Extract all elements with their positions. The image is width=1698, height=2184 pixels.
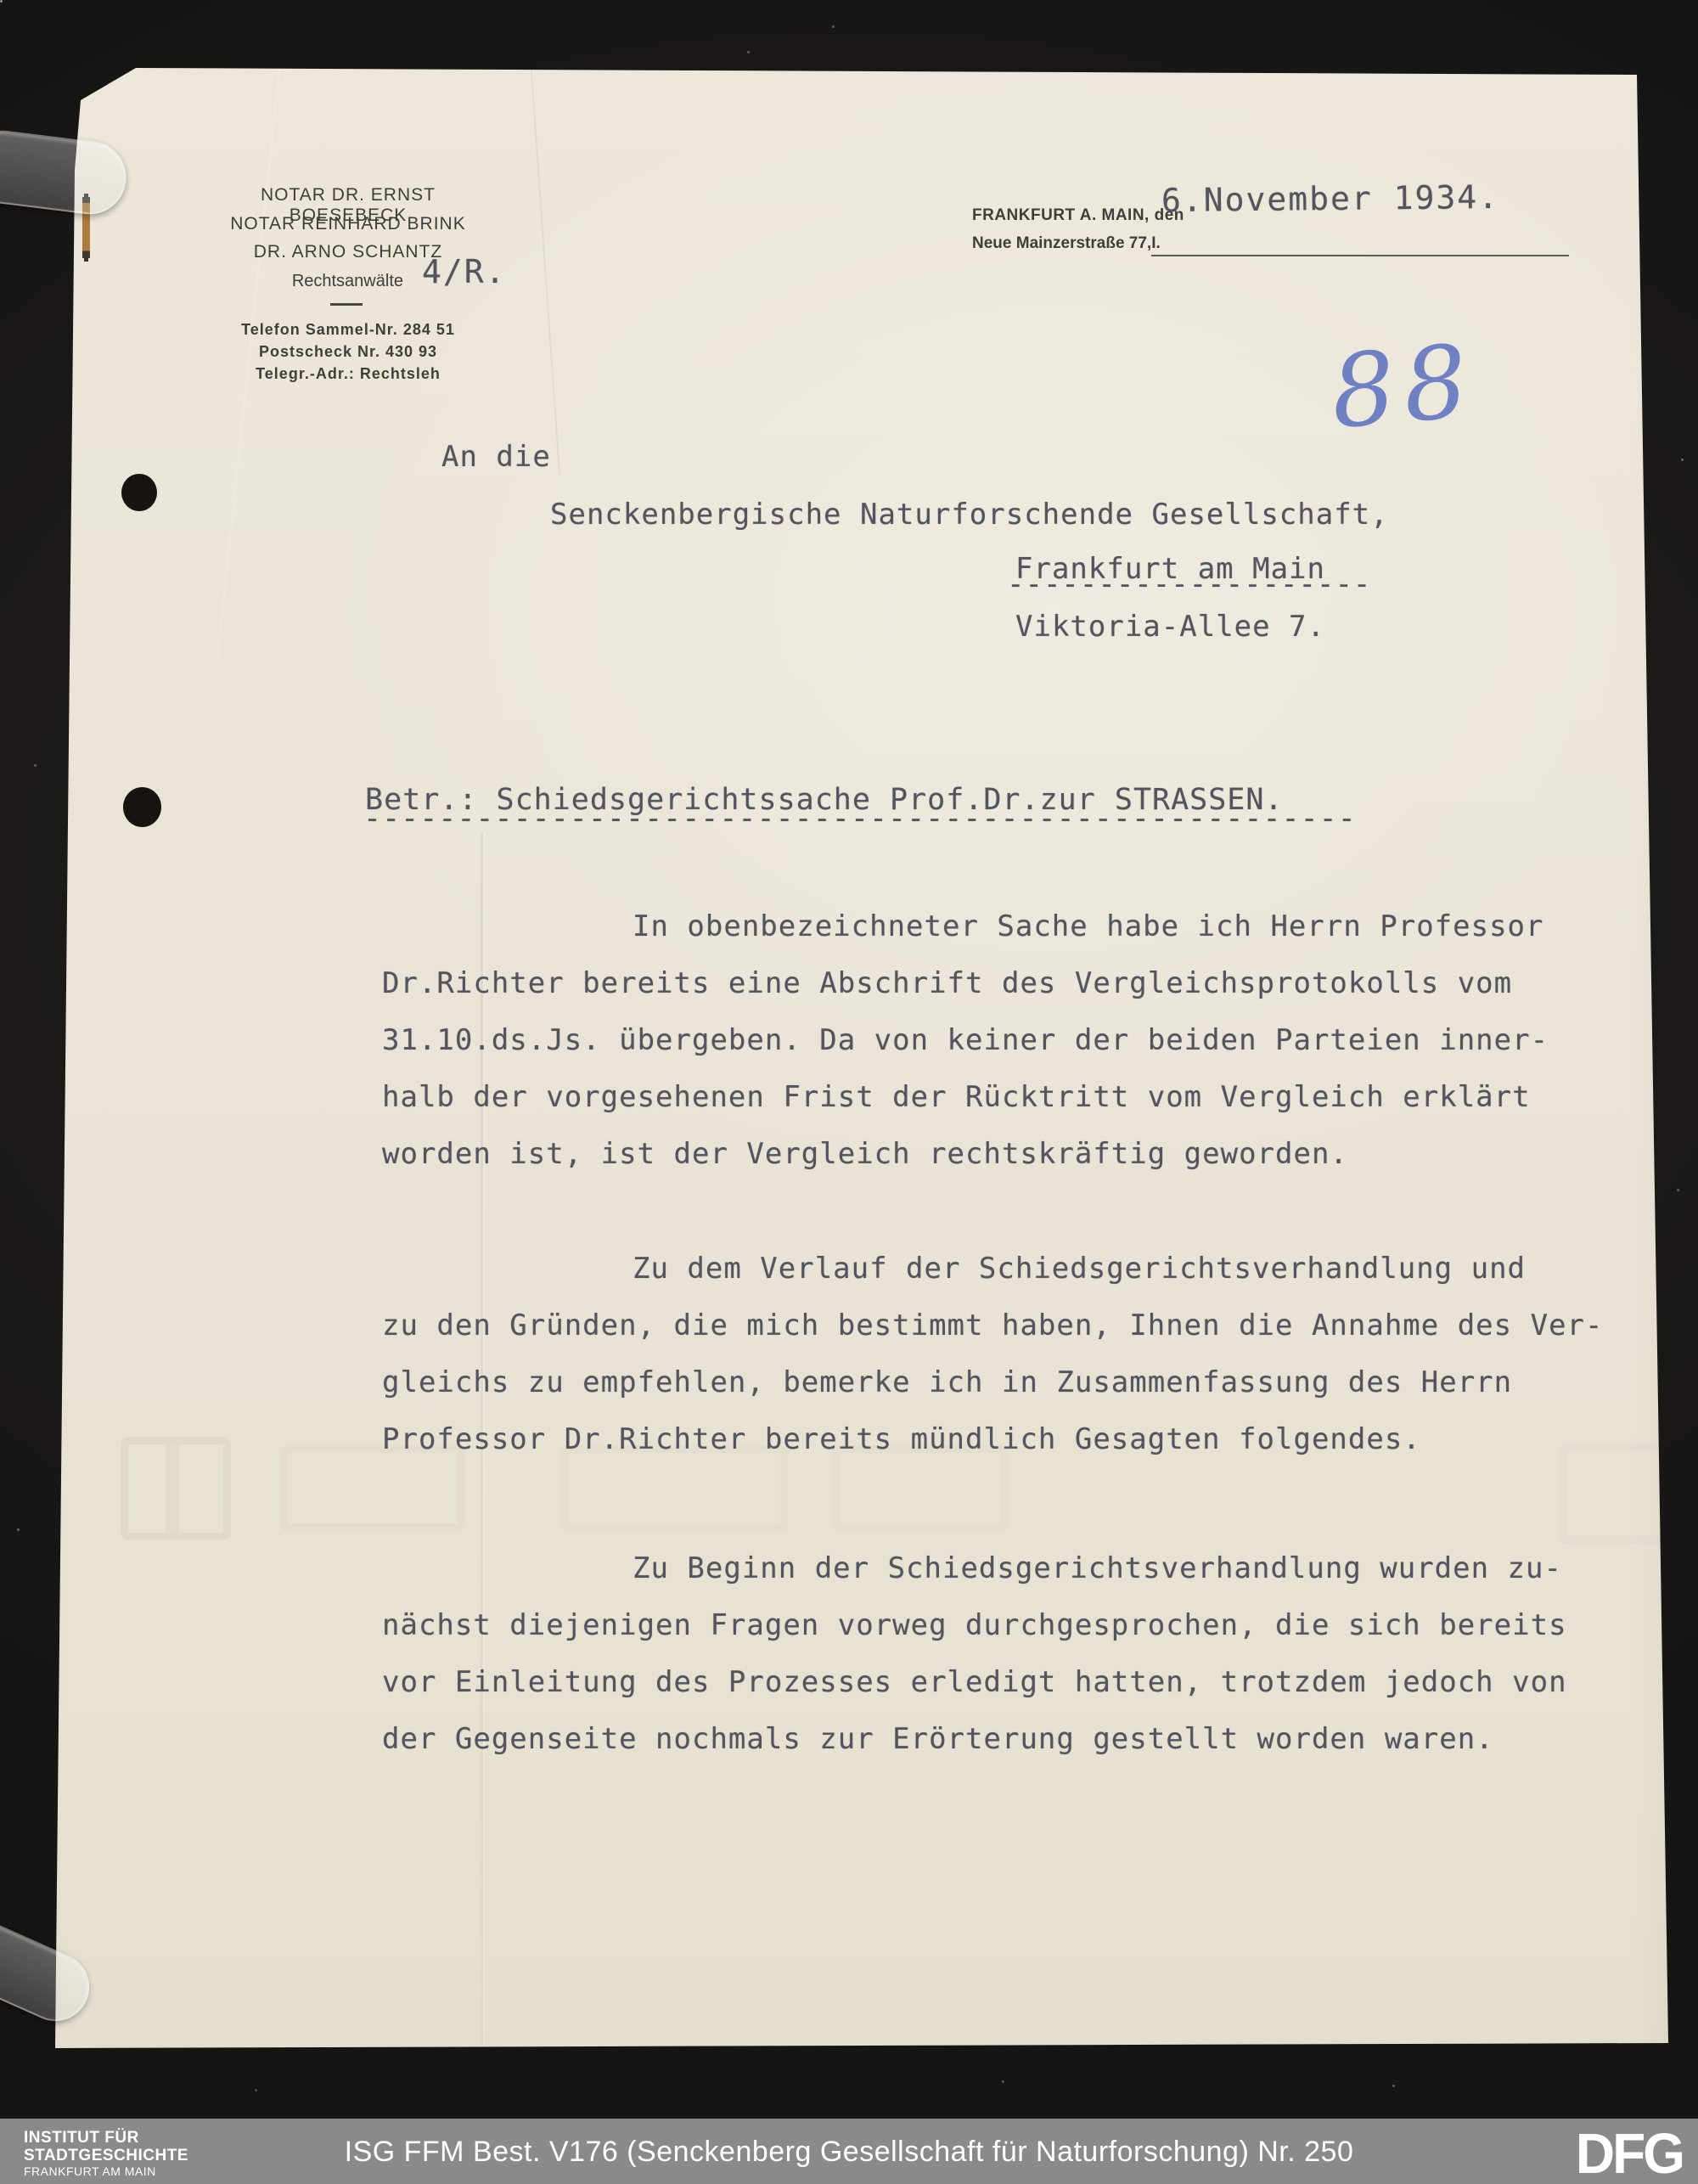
body-line: worden ist, ist der Vergleich rechtskräf… [382, 1126, 1656, 1183]
body-line: Dr.Richter bereits eine Abschrift des Ve… [382, 955, 1656, 1012]
body-line: 31.10.ds.Js. übergeben. Da von keiner de… [382, 1012, 1656, 1069]
paragraph-1: In obenbezeichneter Sache habe ich Herrn… [382, 898, 1656, 1183]
typed-date: 6.November 1934. [1161, 178, 1499, 219]
letterhead-role: Rechtsanwälte [208, 272, 403, 291]
body-line: zu den Gründen, die mich bestimmt haben,… [382, 1297, 1656, 1354]
subject-underline-dashes: ----------------------------------------… [363, 802, 1357, 836]
typed-file-reference: 4/R. [422, 253, 507, 290]
body-line: gleichs zu empfehlen, bemerke ich in Zus… [382, 1354, 1656, 1411]
letterhead-telegraph: Telegr.-Adr.: Rechtsleh [208, 365, 488, 383]
letter-paper: NOTAR DR. ERNST BOESEBECK NOTAR REINHARD… [0, 0, 1698, 2184]
body-line: halb der vorgesehenen Frist der Rücktrit… [382, 1069, 1656, 1126]
body-line: Zu dem Verlauf der Schiedsgerichtsverhan… [382, 1241, 1656, 1297]
paragraph-3: Zu Beginn der Schiedsgerichtsverhandlung… [382, 1540, 1656, 1768]
letterhead-postal-account: Postscheck Nr. 430 93 [208, 343, 488, 361]
body-line: vor Einleitung des Prozesses erledigt ha… [382, 1654, 1656, 1711]
dust-speckles [0, 0, 3, 3]
body-line: der Gegenseite nochmals zur Erörterung g… [382, 1711, 1656, 1768]
letterhead-phone: Telefon Sammel-Nr. 284 51 [208, 321, 488, 339]
letterhead-street: Neue Mainzerstraße 77,I. [972, 234, 1161, 253]
body-line: In obenbezeichneter Sache habe ich Herrn… [382, 898, 1656, 955]
diagonal-crease-2 [528, 35, 560, 476]
recipient-street: Viktoria-Allee 7. [1015, 610, 1325, 644]
embossed-watermark-left [121, 1437, 231, 1540]
letterhead-name-2: NOTAR REINHARD BRINK [208, 214, 488, 234]
recipient-name: Senckenbergische Naturforschende Gesells… [550, 498, 1389, 532]
paragraph-2: Zu dem Verlauf der Schiedsgerichtsverhan… [382, 1241, 1656, 1468]
footer-bar: INSTITUT FÜR STADTGESCHICHTE FRANKFURT A… [0, 2119, 1698, 2184]
body-line: nächst diejenigen Fragen vorweg durchges… [382, 1597, 1656, 1654]
letterhead-place-date-label: FRANKFURT A. MAIN, den [972, 206, 1184, 225]
archive-reference-text: ISG FFM Best. V176 (Senckenberg Gesellsc… [0, 2136, 1698, 2169]
body-line: Zu Beginn der Schiedsgerichtsverhandlung… [382, 1540, 1656, 1597]
recipient-city-underline-dashes: -------------------- [1007, 567, 1371, 601]
recipient-salutation: An die [441, 440, 551, 474]
letterhead-divider-rule [330, 303, 363, 306]
date-underline-rule [1151, 255, 1569, 256]
body-line: Professor Dr.Richter bereits mündlich Ge… [382, 1411, 1656, 1468]
handwritten-folio-number: 88 [1326, 322, 1481, 451]
ink-blot-bottom [123, 787, 161, 827]
dfg-logo: DFG [1576, 2121, 1683, 2184]
ink-blot-top [121, 474, 157, 511]
archive-scan-background: NOTAR DR. ERNST BOESEBECK NOTAR REINHARD… [0, 0, 1698, 2184]
